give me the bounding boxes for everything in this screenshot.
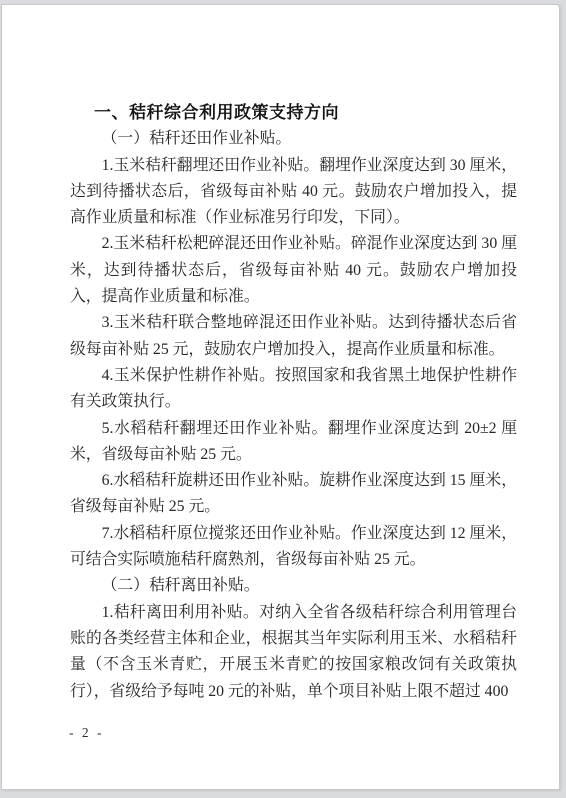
policy-paragraph-rice-rotary-tillage: 6.水稻秸秆旋耕还田作业补贴。旋耕作业深度达到 15 厘米，省级每亩补贴 25 … (70, 468, 517, 521)
page-number: - 2 - (69, 725, 104, 741)
policy-paragraph-corn-harrow-mix: 2.玉米秸秆松耙碎混还田作业补贴。碎混作业深度达到 30 厘米，达到待播状态后，… (70, 231, 517, 310)
document-body: 一、秸秆综合利用政策支持方向 （一）秸秆还田作业补贴。 1.玉米秸秆翻埋还田作业… (70, 100, 517, 705)
policy-paragraph-rice-in-situ-puddling: 7.水稻秸秆原位搅浆还田作业补贴。作业深度达到 12 厘米，可结合实际喷施秸秆腐… (70, 521, 517, 574)
subsection-heading-straw-return: （一）秸秆还田作业补贴。 (70, 126, 517, 152)
policy-paragraph-corn-combined-tillage: 3.玉米秸秆联合整地碎混还田作业补贴。达到待播状态后省级每亩补贴 25 元，鼓励… (70, 310, 517, 363)
viewer-background: { "viewer": { "background_color": "#d9db… (0, 0, 566, 798)
document-page: 一、秸秆综合利用政策支持方向 （一）秸秆还田作业补贴。 1.玉米秸秆翻埋还田作业… (1, 4, 560, 790)
subsection-heading-straw-removal: （二）秸秆离田补贴。 (70, 573, 517, 599)
policy-paragraph-straw-removal-utilization: 1.秸秆离田利用补贴。对纳入全省各级秸秆综合利用管理台账的各类经营主体和企业，根… (70, 600, 517, 705)
document-heading: 一、秸秆综合利用政策支持方向 (70, 100, 517, 126)
policy-paragraph-corn-conservation-tillage: 4.玉米保护性耕作补贴。按照国家和我省黑土地保护性耕作有关政策执行。 (70, 363, 517, 416)
policy-paragraph-rice-burying: 5.水稻秸秆翻埋还田作业补贴。翻埋作业深度达到 20±2 厘米，省级每亩补贴 2… (70, 416, 517, 469)
policy-paragraph-corn-burying: 1.玉米秸秆翻埋还田作业补贴。翻埋作业深度达到 30 厘米，达到待播状态后，省级… (70, 153, 517, 232)
